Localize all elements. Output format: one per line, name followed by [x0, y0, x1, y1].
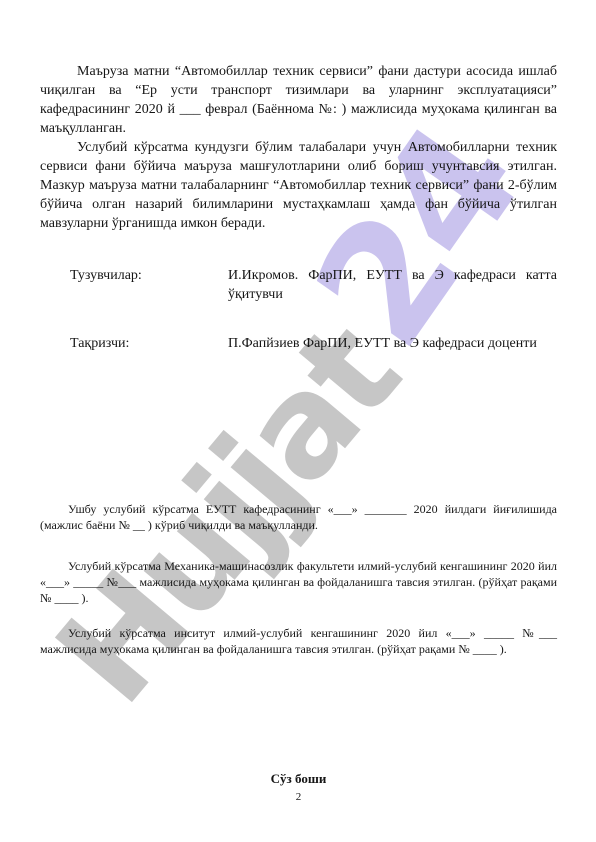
approval-paragraph: Услубий кўрсатма Механика-машинасозлик ф…	[40, 558, 557, 606]
approval-paragraph: Ушбу услубий кўрсатма ЕУТТ кафедрасининг…	[40, 501, 557, 533]
document-page: Hujjat 24 Маъруза матни “Автомобиллар те…	[0, 0, 596, 842]
faculty-approval-section: Услубий кўрсатма Механика-машинасозлик ф…	[40, 558, 557, 606]
authors-section: Тузувчилар: И.Икромов. ФарПИ, ЕУТТ ва Э …	[40, 266, 557, 383]
page-number: 2	[40, 790, 557, 804]
department-approval-section: Ушбу услубий кўрсатма ЕУТТ кафедрасининг…	[40, 501, 557, 533]
reviewer-label: Тақризчи:	[70, 334, 228, 353]
section-heading: Сўз боши	[40, 771, 557, 787]
page-content: Маъруза матни “Автомобиллар техник серви…	[0, 0, 596, 842]
intro-section: Маъруза матни “Автомобиллар техник серви…	[40, 62, 557, 233]
compilers-label: Тузувчилар:	[70, 266, 228, 304]
reviewer-row: Тақризчи: П.Фапйзиев ФарПИ, ЕУТТ ва Э ка…	[70, 334, 557, 353]
compilers-value: И.Икромов. ФарПИ, ЕУТТ ва Э кафедраси ка…	[228, 266, 557, 304]
intro-paragraph: Услубий кўрсатма кундузги бўлим талабала…	[40, 138, 557, 233]
intro-paragraph: Маъруза матни “Автомобиллар техник серви…	[40, 62, 557, 138]
institute-approval-section: Услубий кўрсатма инситут илмий-услубий к…	[40, 625, 557, 657]
compilers-row: Тузувчилар: И.Икромов. ФарПИ, ЕУТТ ва Э …	[70, 266, 557, 304]
approval-paragraph: Услубий кўрсатма инситут илмий-услубий к…	[40, 625, 557, 657]
reviewer-value: П.Фапйзиев ФарПИ, ЕУТТ ва Э кафедраси до…	[228, 334, 557, 353]
